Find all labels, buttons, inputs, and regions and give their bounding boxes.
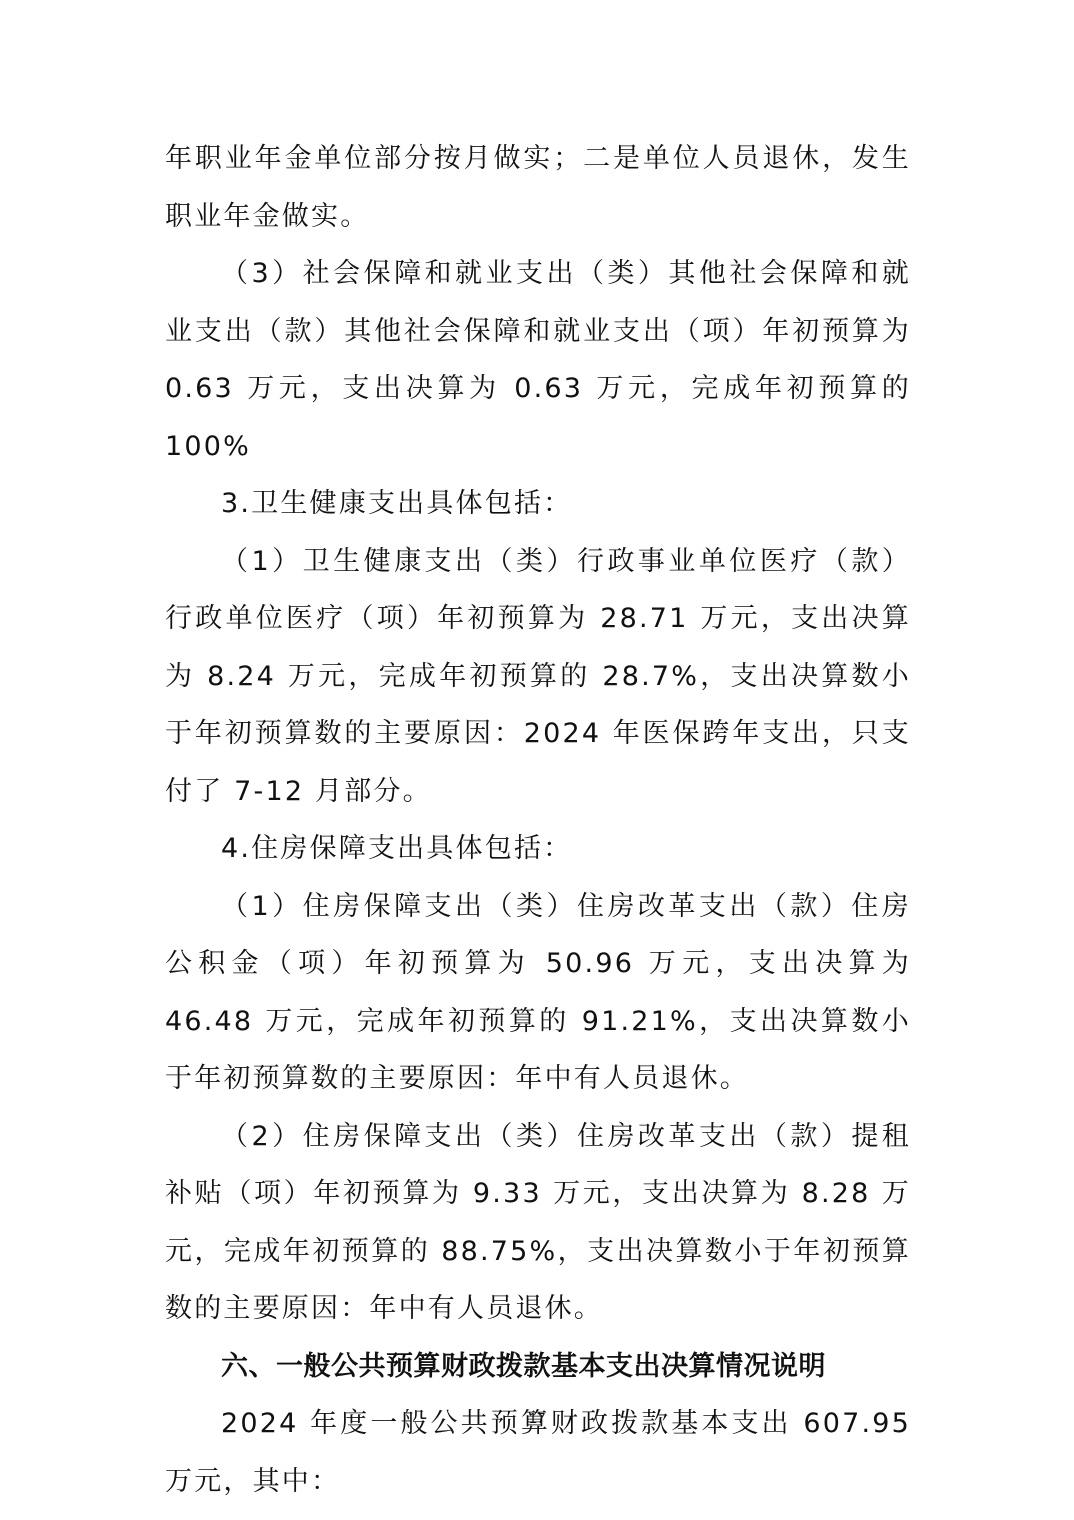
paragraph-pension-continuation: 年职业年金单位部分按月做实；二是单位人员退休，发生职业年金做实。 [165,130,911,245]
page-number: 17 [0,1410,1074,1427]
section-heading: 六、一般公共预算财政拨款基本支出决算情况说明 [165,1338,911,1396]
subheading-health-expenditure: 3.卫生健康支出具体包括： [165,475,911,533]
paragraph-housing-rent-subsidy: （2）住房保障支出（类）住房改革支出（款）提租补贴（项）年初预算为 9.33 万… [165,1108,911,1338]
paragraph-housing-provident-fund: （1）住房保障支出（类）住房改革支出（款）住房公积金（项）年初预算为 50.96… [165,878,911,1108]
paragraph-health-admin-medical: （1）卫生健康支出（类）行政事业单位医疗（款）行政单位医疗（项）年初预算为 28… [165,533,911,821]
subheading-housing-expenditure: 4.住房保障支出具体包括： [165,820,911,878]
document-page: 年职业年金单位部分按月做实；二是单位人员退休，发生职业年金做实。 （3）社会保障… [165,130,911,1510]
paragraph-social-security-other: （3）社会保障和就业支出（类）其他社会保障和就业支出（款）其他社会保障和就业支出… [165,245,911,475]
